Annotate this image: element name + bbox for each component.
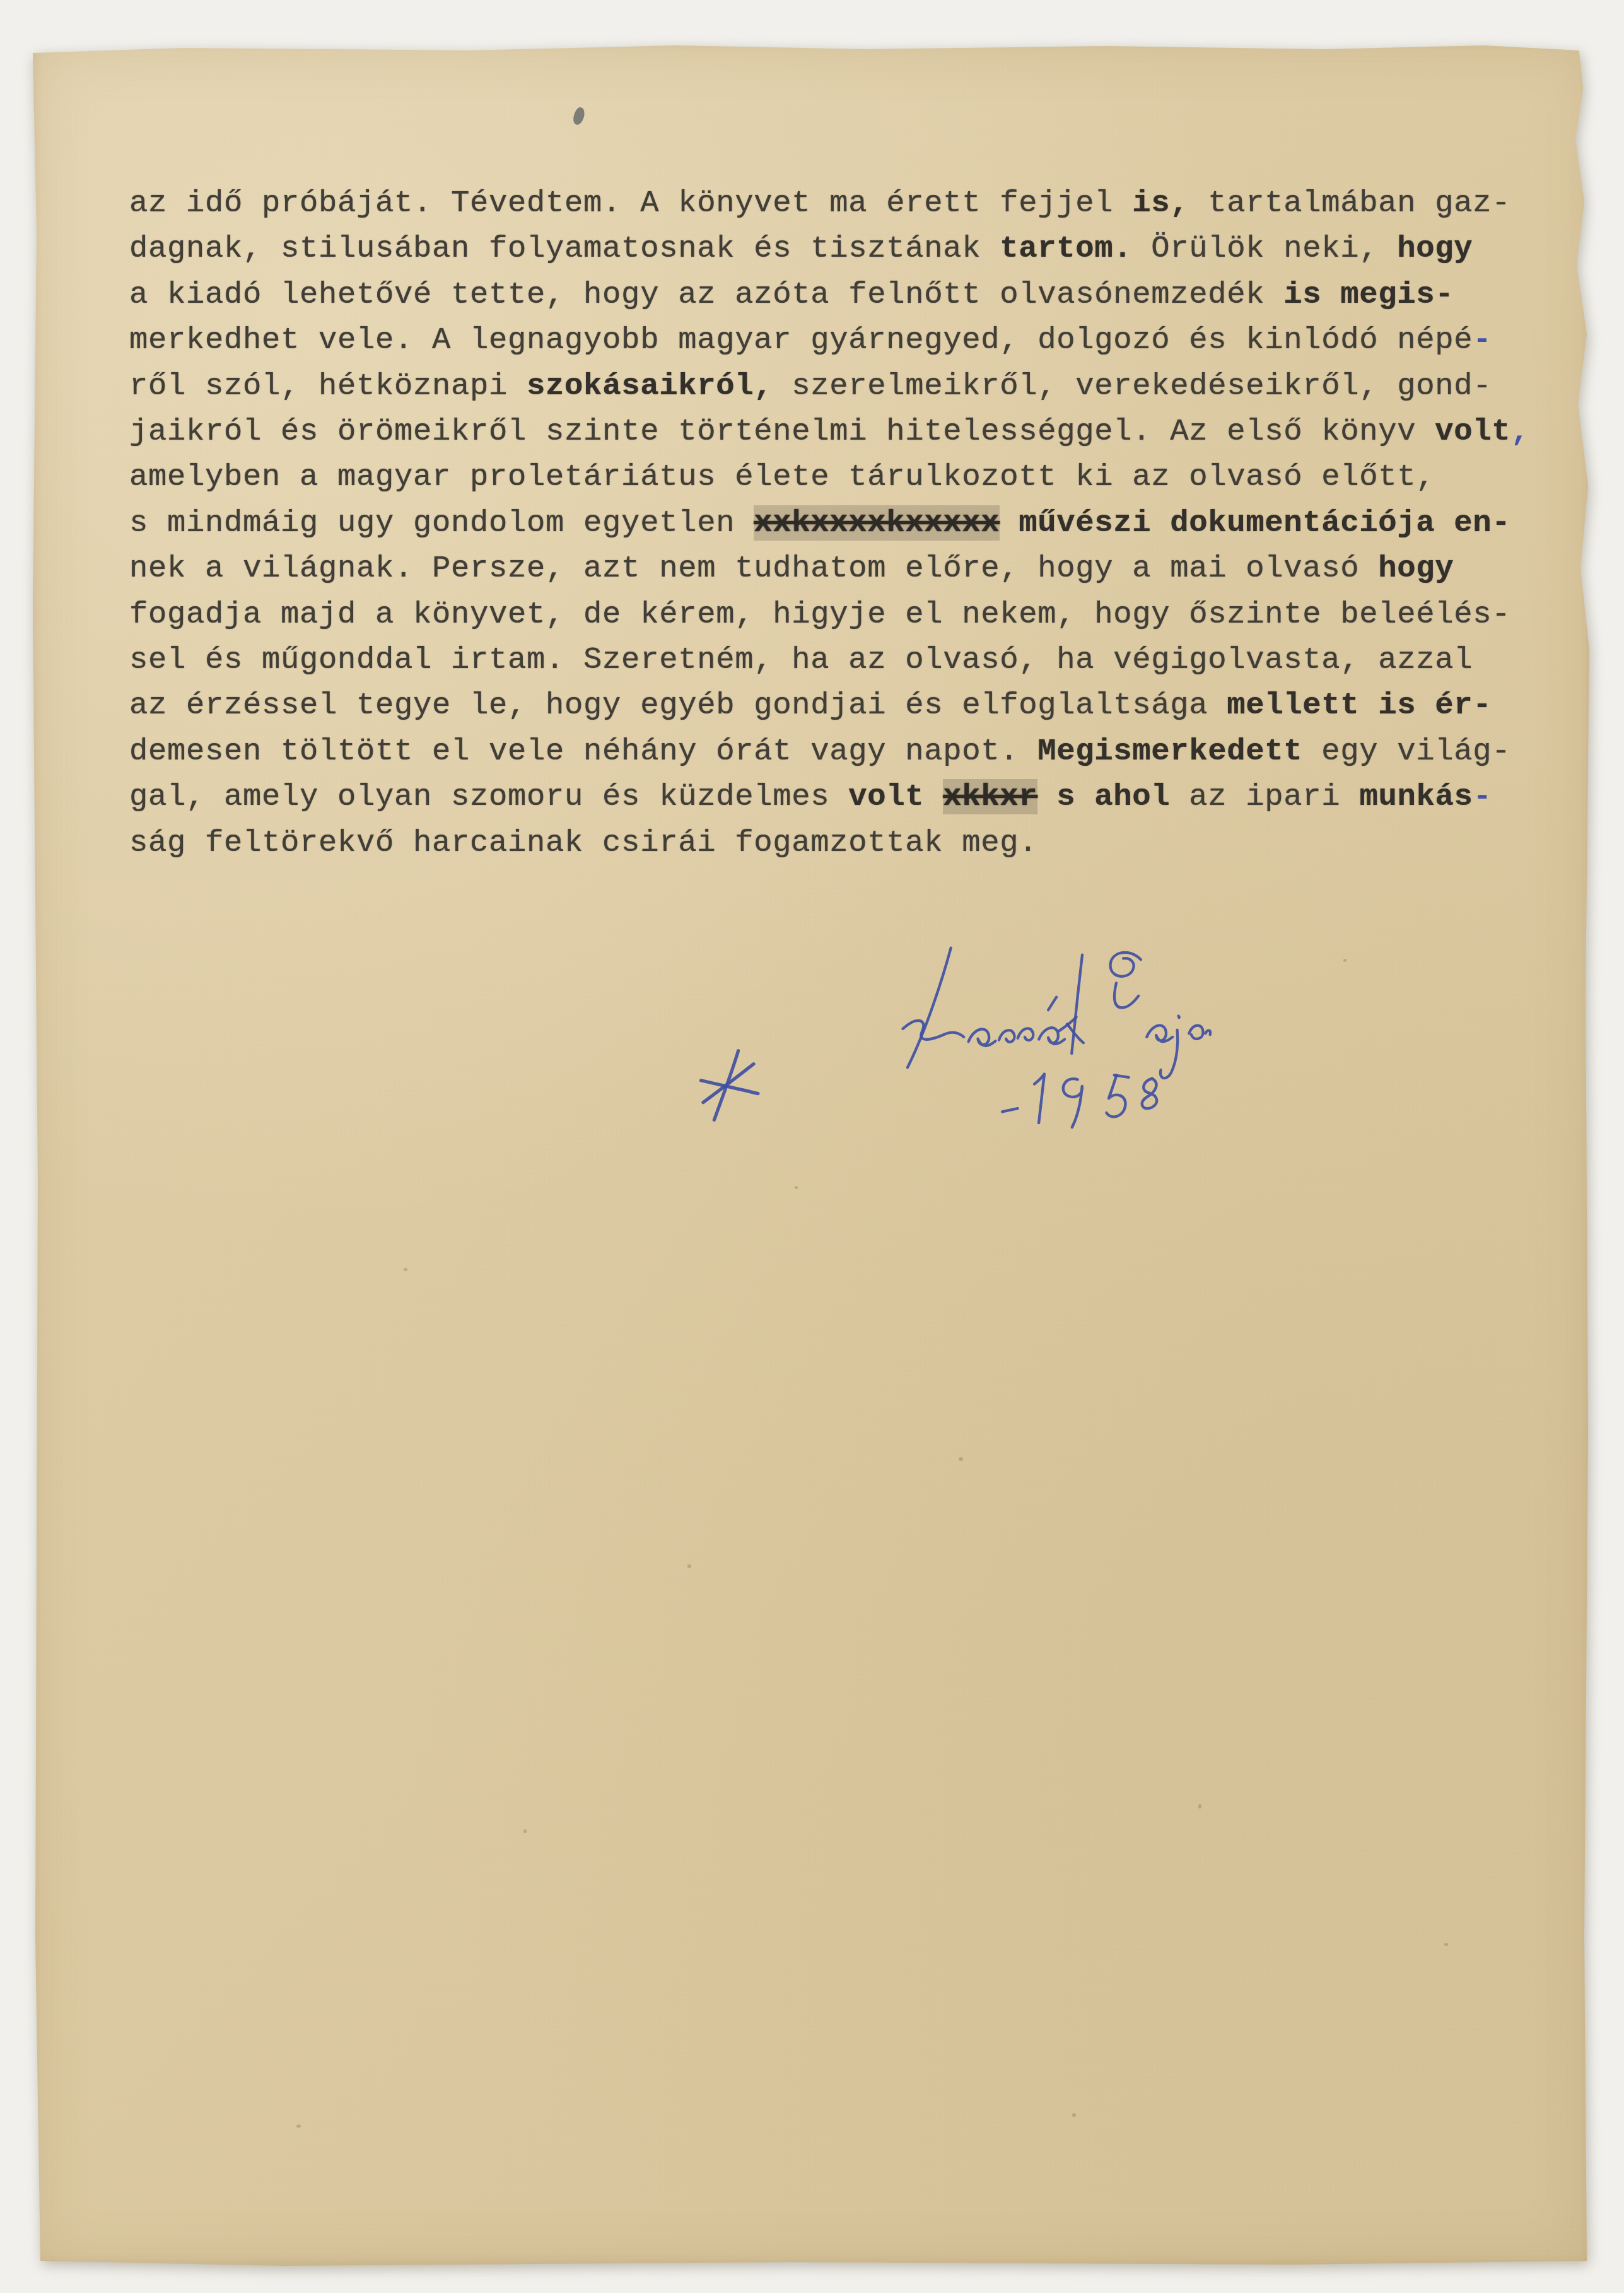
typed-segment: - — [1473, 779, 1492, 814]
typed-line: s mindmáig ugy gondolom egyetlen xxkxxxx… — [129, 500, 1567, 546]
typed-segment: Megismerkedett — [1037, 734, 1302, 769]
typed-segment: mellett is ér- — [1227, 688, 1492, 723]
typed-line: sel és műgonddal irtam. Szeretném, ha az… — [129, 637, 1567, 683]
typed-segment: nek a világnak. Persze, azt nem tudhatom… — [129, 551, 1378, 586]
paper-sheet: az idő próbáját. Tévedtem. A könyvet ma … — [33, 44, 1589, 2267]
typed-line: gal, amely olyan szomoru és küzdelmes vo… — [129, 774, 1567, 819]
typed-line: merkedhet vele. A legnagyobb magyar gyár… — [129, 317, 1567, 363]
typed-segment: gal, amely olyan szomoru és küzdelmes — [129, 779, 848, 814]
typed-segment: hogy — [1397, 231, 1473, 266]
paper-fleck — [1343, 959, 1347, 962]
typed-segment: , — [1510, 414, 1529, 449]
typed-segment: szerelmeikről, verekedéseikről, gond- — [773, 368, 1492, 404]
typed-segment: tartalmában gaz- — [1189, 185, 1510, 221]
asterisk-mark — [699, 1048, 762, 1123]
typed-segment: a kiadó lehetővé tette, hogy az azóta fe… — [129, 277, 1283, 312]
typed-line: az érzéssel tegye le, hogy egyéb gondjai… — [129, 683, 1567, 728]
typed-line: ság feltörekvő harcainak csirái fogamzot… — [129, 820, 1567, 865]
typed-segment: volt — [848, 779, 924, 814]
typed-segment: dagnak, stilusában folyamatosnak és tisz… — [129, 231, 1000, 266]
typed-segment: művészi dokumentációja en- — [1019, 505, 1510, 541]
scanned-document: az idő próbáját. Tévedtem. A könyvet ma … — [0, 0, 1624, 2293]
paper-fleck — [296, 2125, 301, 2128]
typed-segment: volt — [1435, 414, 1510, 449]
paper-fleck — [1198, 1804, 1201, 1809]
typed-segment: az érzéssel tegye le, hogy egyéb gondjai… — [129, 688, 1227, 723]
typed-line: a kiadó lehetővé tette, hogy az azóta fe… — [129, 272, 1567, 317]
paper-shadow: az idő próbáját. Tévedtem. A könyvet ma … — [33, 44, 1589, 2267]
typed-segment: is, — [1132, 185, 1189, 221]
typed-segment: egy világ- — [1302, 734, 1510, 769]
typed-segment — [1037, 779, 1056, 814]
typed-line: dagnak, stilusában folyamatosnak és tisz… — [129, 226, 1567, 271]
paper-fleck — [687, 1564, 691, 1568]
typed-segment: merkedhet vele. A legnagyobb magyar gyár… — [129, 322, 1473, 358]
typed-line: amelyben a magyar proletáriátus élete tá… — [129, 454, 1567, 500]
year-handwriting — [1000, 1067, 1167, 1137]
typed-line: fogadja majd a könyvet, de kérem, higyje… — [129, 592, 1567, 637]
typed-segment: is megis- — [1283, 277, 1454, 312]
typed-segment — [1000, 505, 1019, 541]
typed-line: jaikról és örömeikről szinte történelmi … — [129, 409, 1567, 454]
typed-segment: amelyben a magyar proletáriátus élete tá… — [129, 459, 1435, 495]
typed-segment-struck: xkkxr — [943, 779, 1037, 814]
ink-speck — [571, 106, 587, 126]
typed-segment: az ipari — [1170, 779, 1359, 814]
paper-fleck — [1072, 2113, 1076, 2117]
typed-segment-struck: xxkxxxxkxxxxx — [754, 505, 1000, 541]
typed-segment: Örülök neki, — [1132, 231, 1397, 266]
typed-text: az idő próbáját. Tévedtem. A könyvet ma … — [129, 180, 1567, 865]
typed-segment: munkás — [1359, 779, 1473, 814]
typed-segment: demesen töltött el vele néhány órát vagy… — [129, 734, 1037, 769]
typed-line: nek a világnak. Persze, azt nem tudhatom… — [129, 546, 1567, 591]
typed-segment: s mindmáig ugy gondolom egyetlen — [129, 505, 754, 541]
typed-segment: szokásaikról, — [527, 368, 773, 404]
typed-segment: s ahol — [1056, 779, 1170, 814]
typed-segment: jaikról és örömeikről szinte történelmi … — [129, 414, 1435, 449]
typed-line: ről szól, hétköznapi szokásaikról, szere… — [129, 363, 1567, 409]
paper-fleck — [959, 1457, 963, 1461]
typed-segment: hogy — [1378, 551, 1454, 586]
paper-fleck — [1444, 1943, 1448, 1946]
paper-fleck — [523, 1829, 527, 1833]
typed-segment: ság feltörekvő harcainak csirái fogamzot… — [129, 825, 1037, 860]
typed-segment: az idő próbáját. Tévedtem. A könyvet ma … — [129, 185, 1132, 221]
typed-segment: - — [1473, 322, 1492, 358]
typed-segment: tartom. — [1000, 231, 1132, 266]
paper-fleck — [795, 1186, 798, 1189]
typed-segment: fogadja majd a könyvet, de kérem, higyje… — [129, 597, 1510, 632]
paper-fleck — [404, 1268, 407, 1271]
typed-segment: sel és műgonddal irtam. Szeretném, ha az… — [129, 642, 1473, 677]
typed-line: demesen töltött el vele néhány órát vagy… — [129, 729, 1567, 774]
typed-segment: ről szól, hétköznapi — [129, 368, 527, 404]
typed-segment — [924, 779, 943, 814]
typed-line: az idő próbáját. Tévedtem. A könyvet ma … — [129, 180, 1567, 226]
